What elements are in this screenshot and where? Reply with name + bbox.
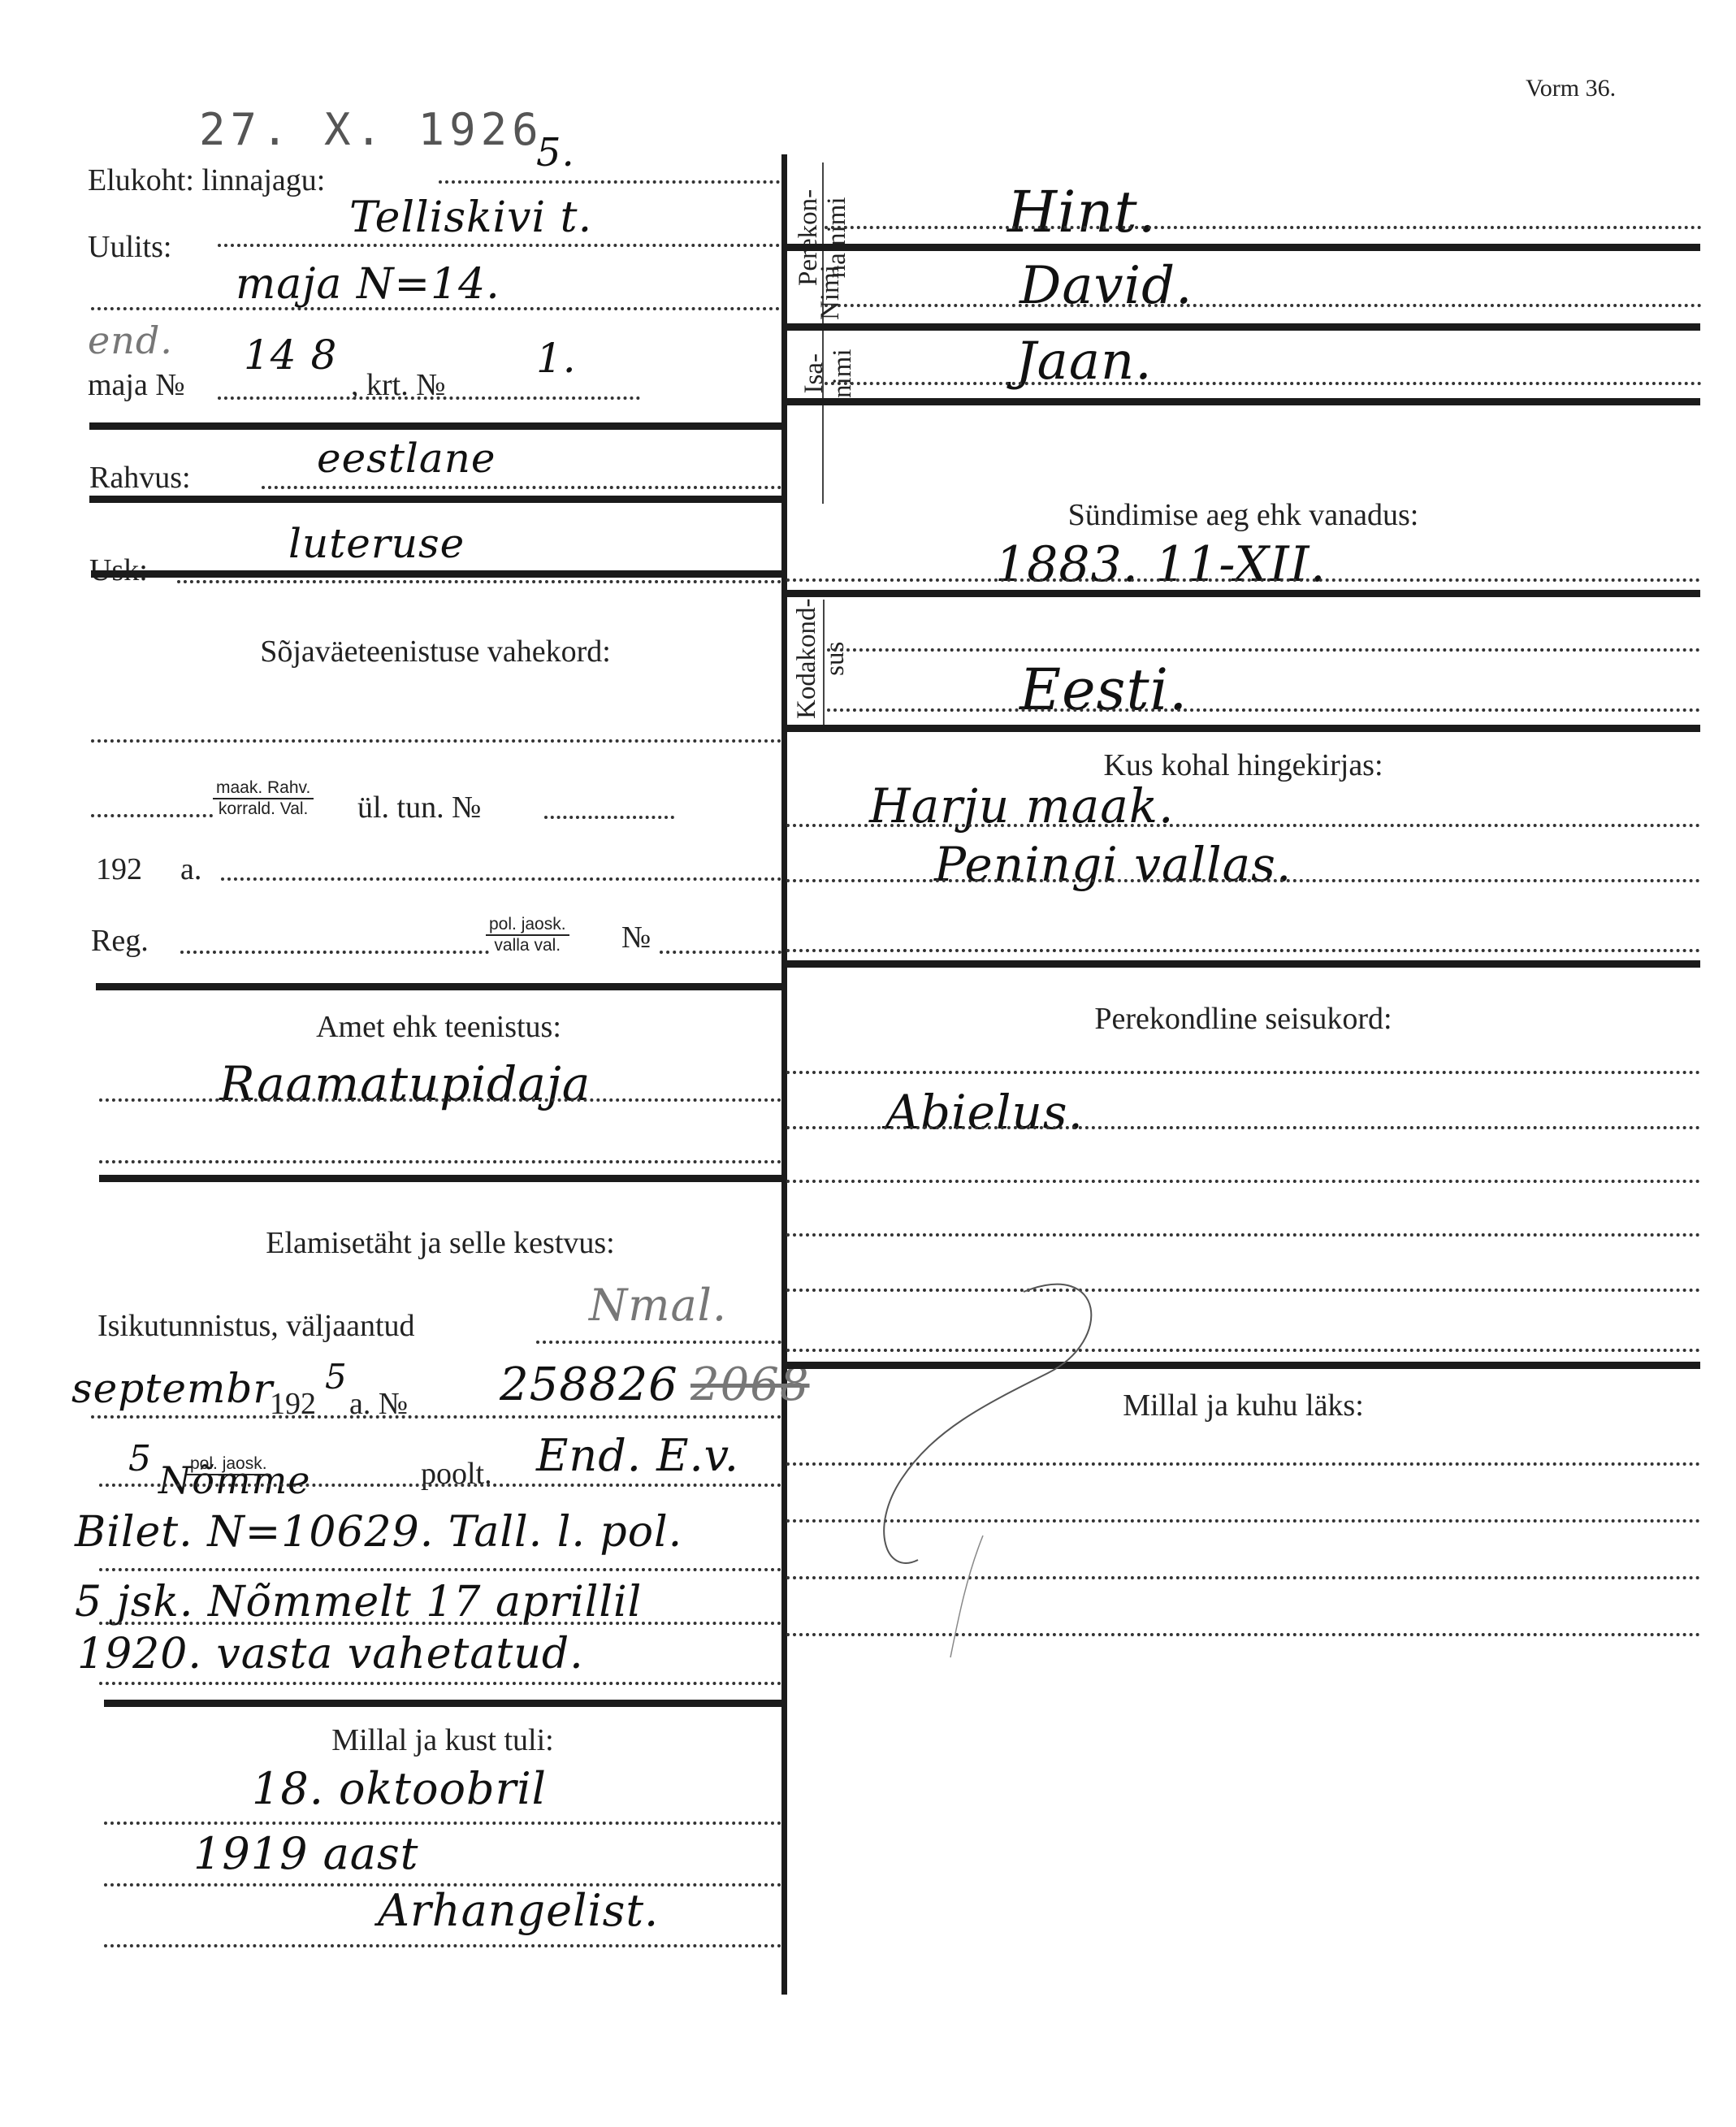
- elukoht-label: Elukoht: linnajagu:: [88, 162, 325, 198]
- divider-6: [104, 1700, 781, 1707]
- kodakondsus-value: Eesti.: [1020, 656, 1188, 723]
- right-divider-2: [786, 323, 1700, 331]
- kodakondsus-label-2: sus: [821, 599, 850, 719]
- perekonnanimi-line: [825, 226, 1702, 229]
- doc-no-value: 258826: [500, 1358, 678, 1411]
- year2-value: 5: [325, 1357, 348, 1397]
- reg-line: [180, 951, 489, 954]
- perekondline-value: Abielus.: [885, 1085, 1084, 1140]
- sundimise-heading: Sündimise aeg ehk vanadus:: [786, 497, 1700, 533]
- kodakondsus-label: Kodakond- sus: [793, 599, 849, 719]
- isikut-label: Isikutunnistus, väljaantud: [97, 1308, 415, 1344]
- ul-tun-line: [544, 816, 674, 819]
- note-line-3: 1920. vasta vahetatud.: [77, 1630, 584, 1679]
- tuli-heading: Millal ja kust tuli:: [104, 1722, 781, 1758]
- perekondline-rule-4: [786, 1233, 1700, 1237]
- perekonnanimi-value: Hint.: [1007, 179, 1157, 245]
- tuli-rule-1: [104, 1822, 781, 1825]
- form-number: Vorm 36.: [1526, 75, 1616, 102]
- reg-label: Reg.: [91, 923, 149, 959]
- note-line-2: 5 jsk. Nõmmelt 17 aprillil: [75, 1578, 642, 1627]
- hingekiri-rule-2: [786, 879, 1700, 882]
- right-divider-1: [786, 244, 1700, 251]
- pencil-note: end.: [88, 318, 173, 362]
- elukoht-value: 5.: [536, 130, 575, 175]
- amet-line-1: [99, 1098, 781, 1102]
- isikut-line: [536, 1341, 781, 1344]
- month-value: septembr: [71, 1365, 273, 1412]
- tuli-rule-3: [104, 1944, 781, 1947]
- year-suffix: a.: [180, 851, 201, 887]
- divider-4: [96, 983, 781, 990]
- poolt-line: [99, 1484, 781, 1487]
- right-divider-3: [786, 398, 1700, 405]
- isanimi-label-1: Isa-: [800, 349, 829, 398]
- uulits-label: Uulits:: [88, 229, 171, 265]
- hingekiri-rule-3: [786, 949, 1700, 952]
- pol2-fraction: pol. jaosk. valla val.: [187, 1454, 271, 1495]
- pol-top: pol. jaosk.: [486, 915, 569, 936]
- isanimi-line: [825, 382, 1702, 385]
- divider-1: [89, 422, 781, 430]
- maak-korrald-fraction: maak. Rahv. korrald. Val.: [213, 778, 314, 819]
- uulits-line-2: [91, 307, 780, 310]
- uulits-line: [218, 244, 780, 247]
- divider-3: [91, 570, 781, 578]
- isikut-value: Nmal.: [589, 1280, 727, 1331]
- right-divider-6: [786, 960, 1700, 968]
- reg-no-line: [660, 951, 781, 954]
- rahvus-value: eestlane: [317, 435, 496, 482]
- pol-valla-fraction: pol. jaosk. valla val.: [486, 915, 569, 955]
- isanimi-label: Isa- nimi: [800, 349, 856, 398]
- pol-bottom: valla val.: [486, 936, 569, 955]
- uulits-value: Telliskivi t.: [349, 193, 592, 242]
- right-divider-4: [786, 590, 1700, 597]
- perekondline-rule-1: [786, 1071, 1700, 1074]
- hingekiri-rule-1: [786, 824, 1700, 827]
- tuli-line-2: 1919 aast: [193, 1828, 418, 1879]
- nimi-line: [825, 304, 1702, 307]
- poolt-value: End. E.v.: [536, 1430, 739, 1481]
- note-rule-1: [99, 1568, 781, 1571]
- uulits-value-2: maja N=14.: [236, 260, 500, 309]
- note-rule-2: [99, 1622, 781, 1625]
- pen-flourish: [837, 1267, 1324, 1722]
- amet-line-2: [99, 1160, 781, 1163]
- kodakondsus-line-2: [827, 708, 1700, 712]
- maak-top: maak. Rahv.: [213, 778, 314, 799]
- amet-heading: Amet ehk teenistus:: [96, 1009, 781, 1045]
- right-divider-5: [786, 725, 1700, 732]
- rahvus-label: Rahvus:: [89, 460, 191, 496]
- center-divider: [781, 154, 787, 1995]
- maja-label: maja №: [88, 367, 185, 403]
- tuli-line-1: 18. oktoobril: [252, 1763, 547, 1814]
- isanimi-label-2: nimi: [829, 349, 857, 398]
- usk-value: luteruse: [288, 520, 465, 567]
- pol2-top: pol. jaosk.: [187, 1454, 271, 1475]
- usk-line: [177, 580, 781, 583]
- perekondline-heading: Perekondline seisukord:: [786, 1001, 1700, 1037]
- note-rule-3: [99, 1682, 781, 1685]
- sundimise-line: [786, 578, 1700, 582]
- perekondline-rule-2: [786, 1126, 1700, 1129]
- tuli-line-3: Arhangelist.: [378, 1885, 659, 1936]
- maja-value: 14 8: [244, 331, 337, 379]
- sundimise-value: 1883. 11-XII.: [995, 536, 1327, 593]
- krt-value: 1.: [536, 335, 577, 382]
- line3-prefix: 5: [128, 1438, 152, 1479]
- hingekiri-line-2: Peningi vallas.: [934, 837, 1292, 892]
- maja-line: [218, 396, 640, 400]
- elamis-heading: Elamisetäht ja selle kestvus:: [99, 1225, 781, 1261]
- maak-line-left: [91, 814, 213, 817]
- year-line: [221, 877, 781, 881]
- date-stamp: 27. X. 1926: [199, 104, 543, 155]
- elukoht-line: [439, 180, 780, 184]
- doc-no-line: [91, 1415, 781, 1419]
- amet-value: Raamatupidaja: [219, 1056, 591, 1111]
- nimi-label: Nimi: [816, 265, 845, 320]
- perekondline-rule-3: [786, 1180, 1700, 1183]
- kodakondsus-label-1: Kodakond-: [793, 599, 821, 719]
- rahvus-line: [262, 486, 781, 489]
- note-line-1: Bilet. N=10629. Tall. l. pol.: [75, 1508, 682, 1557]
- year-label: 192: [96, 851, 142, 887]
- divider-5: [99, 1175, 781, 1182]
- sojavae-heading: Sõjaväeteenistuse vahekord:: [89, 634, 781, 669]
- sojavae-line: [91, 739, 781, 743]
- ul-tun-label: ül. tun. №: [357, 790, 481, 825]
- reg-no-label: №: [621, 920, 651, 955]
- kodakondsus-line-1: [827, 648, 1700, 652]
- maak-bottom: korrald. Val.: [213, 799, 314, 819]
- divider-2: [89, 496, 781, 503]
